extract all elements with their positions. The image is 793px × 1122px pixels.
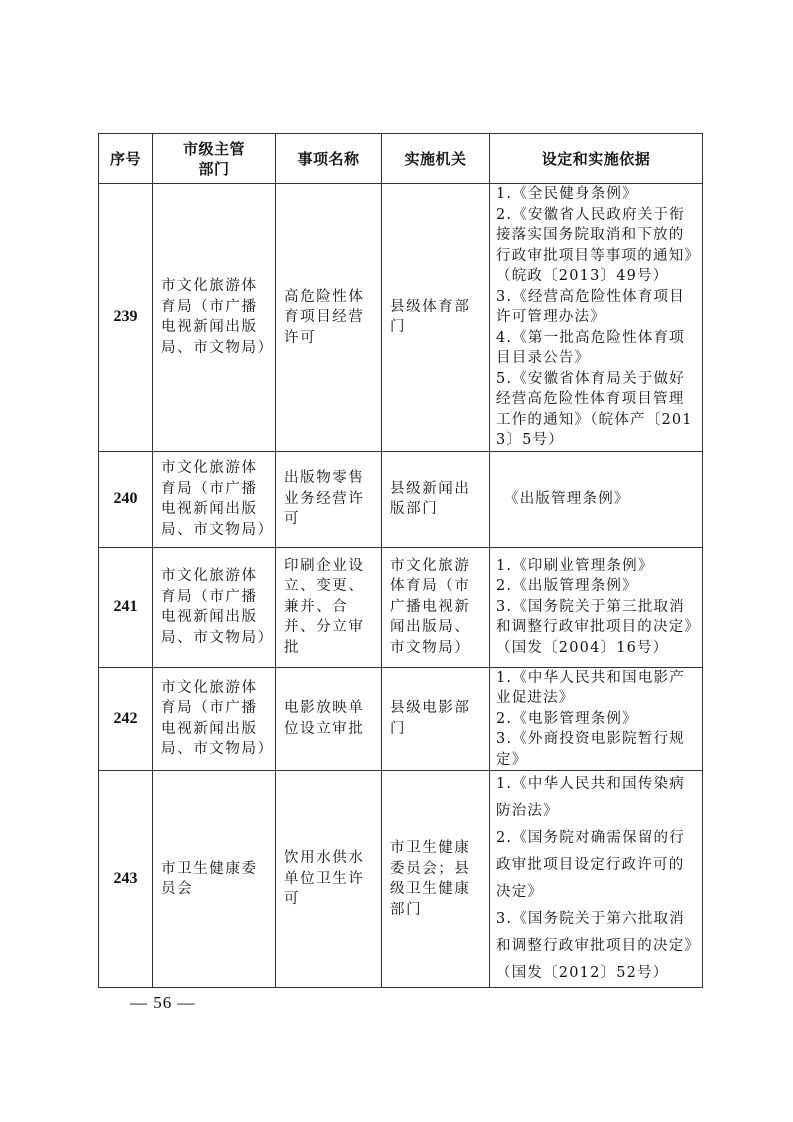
row-number: 239 <box>99 184 153 452</box>
basis-line: 《出版管理条例》 <box>504 489 699 510</box>
basis-line: 3.《外商投资电影院暂行规定》 <box>496 729 699 770</box>
basis-line: 4.《第一批高危险性体育项目目录公告》 <box>496 328 699 369</box>
org-cell: 县级新闻出版部门 <box>382 451 490 547</box>
table-row: 241 市文化旅游体育局（市广播电视新闻出版局、市文物局） 印刷企业设立、变更、… <box>99 547 703 667</box>
item-cell: 饮用水供水单位卫生许可 <box>276 771 382 988</box>
basis-line: 3.《国务院关于第三批取消和调整行政审批项目的决定》（国发〔2004〕16号） <box>496 597 699 659</box>
item-cell: 高危险性体育项目经营许可 <box>276 184 382 452</box>
row-number: 243 <box>99 771 153 988</box>
org-cell: 县级电影部门 <box>382 667 490 771</box>
item-cell: 印刷企业设立、变更、兼并、合并、分立审批 <box>276 547 382 667</box>
table-header-row: 序号 市级主管 部门 事项名称 实施机关 设定和实施依据 <box>99 134 703 184</box>
table-row: 243 市卫生健康委员会 饮用水供水单位卫生许可 市卫生健康委员会；县级卫生健康… <box>99 771 703 988</box>
item-cell: 出版物零售业务经营许可 <box>276 451 382 547</box>
dept-cell: 市文化旅游体育局（市广播电视新闻出版局、市文物局） <box>153 451 276 547</box>
basis-line: 2.《国务院对确需保留的行政审批项目设定行政许可的决定》 <box>496 825 699 906</box>
dept-cell: 市文化旅游体育局（市广播电视新闻出版局、市文物局） <box>153 547 276 667</box>
header-dept: 市级主管 部门 <box>153 134 276 184</box>
org-cell: 县级体育部门 <box>382 184 490 452</box>
org-cell: 市卫生健康委员会；县级卫生健康部门 <box>382 771 490 988</box>
org-cell: 市文化旅游体育局（市广播电视新闻出版局、市文物局） <box>382 547 490 667</box>
page-number: — 56 — <box>130 993 196 1013</box>
basis-line: 3.《国务院关于第六批取消和调整行政审批项目的决定》（国发〔2012〕52号） <box>496 906 699 987</box>
basis-line: 1.《中华人民共和国传染病防治法》 <box>496 771 699 825</box>
header-item: 事项名称 <box>276 134 382 184</box>
basis-line: 1.《中华人民共和国电影产业促进法》 <box>496 668 699 709</box>
basis-line: 2.《电影管理条例》 <box>496 709 699 730</box>
basis-line: 1.《印刷业管理条例》 <box>496 556 699 577</box>
basis-line: 1.《全民健身条例》 <box>496 184 699 205</box>
dept-cell: 市文化旅游体育局（市广播电视新闻出版局、市文物局） <box>153 667 276 771</box>
header-basis: 设定和实施依据 <box>490 134 703 184</box>
row-number: 240 <box>99 451 153 547</box>
header-org: 实施机关 <box>382 134 490 184</box>
basis-cell: 1.《印刷业管理条例》 2.《出版管理条例》 3.《国务院关于第三批取消和调整行… <box>490 547 703 667</box>
approval-items-table: 序号 市级主管 部门 事项名称 实施机关 设定和实施依据 239 市文化旅游体育… <box>98 133 703 988</box>
row-number: 241 <box>99 547 153 667</box>
item-cell: 电影放映单位设立审批 <box>276 667 382 771</box>
table-row: 242 市文化旅游体育局（市广播电视新闻出版局、市文物局） 电影放映单位设立审批… <box>99 667 703 771</box>
dept-cell: 市卫生健康委员会 <box>153 771 276 988</box>
basis-line: 2.《出版管理条例》 <box>496 576 699 597</box>
basis-line: 5.《安徽省体育局关于做好经营高危险性体育项目管理工作的通知》（皖体产〔2013… <box>496 369 699 451</box>
basis-cell: 《出版管理条例》 <box>490 451 703 547</box>
table-row: 239 市文化旅游体育局（市广播电视新闻出版局、市文物局） 高危险性体育项目经营… <box>99 184 703 452</box>
header-no: 序号 <box>99 134 153 184</box>
dept-cell: 市文化旅游体育局（市广播电视新闻出版局、市文物局） <box>153 184 276 452</box>
basis-cell: 1.《中华人民共和国传染病防治法》 2.《国务院对确需保留的行政审批项目设定行政… <box>490 771 703 988</box>
basis-line: 2.《安徽省人民政府关于衔接落实国务院取消和下放的行政审批项目等事项的通知》（皖… <box>496 205 699 287</box>
basis-line: 3.《经营高危险性体育项目许可管理办法》 <box>496 287 699 328</box>
row-number: 242 <box>99 667 153 771</box>
basis-cell: 1.《中华人民共和国电影产业促进法》 2.《电影管理条例》 3.《外商投资电影院… <box>490 667 703 771</box>
basis-cell: 1.《全民健身条例》 2.《安徽省人民政府关于衔接落实国务院取消和下放的行政审批… <box>490 184 703 452</box>
table-row: 240 市文化旅游体育局（市广播电视新闻出版局、市文物局） 出版物零售业务经营许… <box>99 451 703 547</box>
